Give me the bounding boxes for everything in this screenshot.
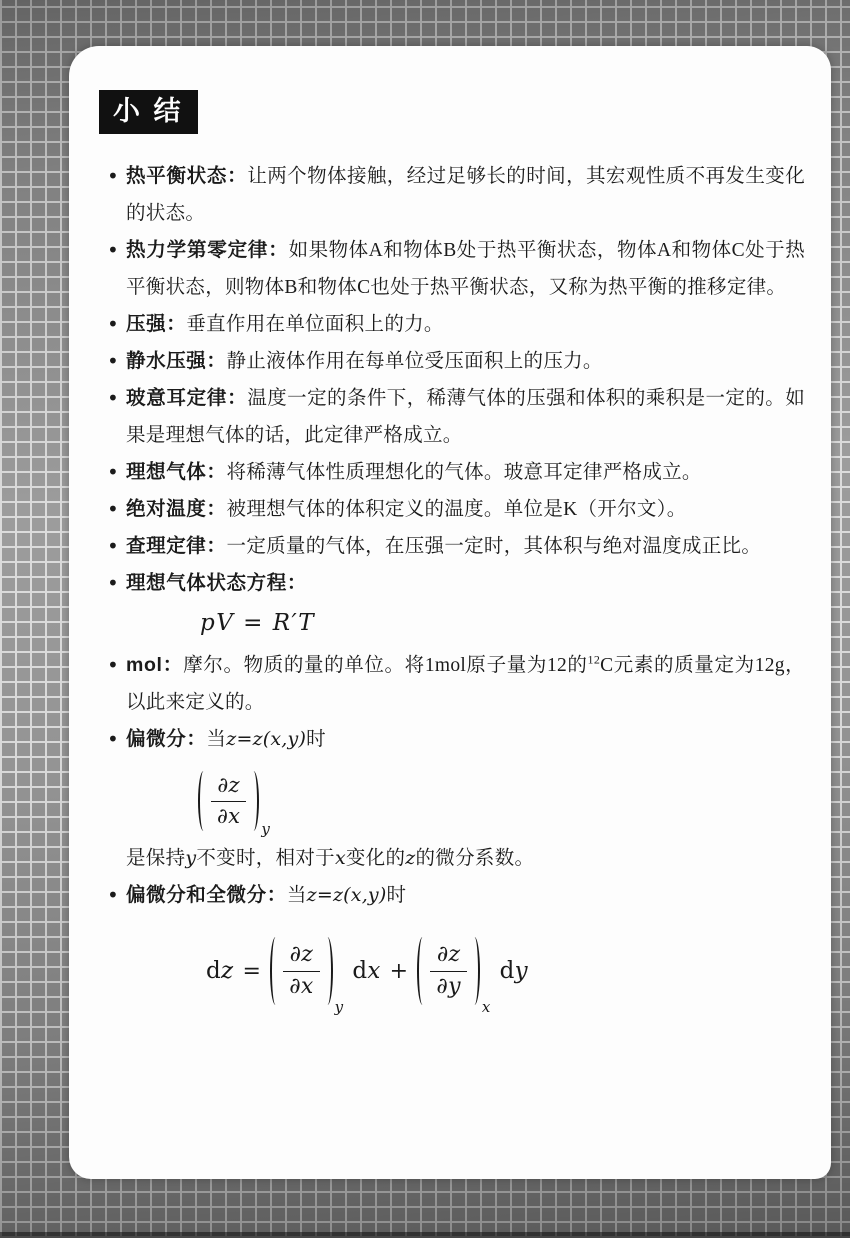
bullet-icon: • [107,491,119,528]
note-var-z: z [405,847,415,869]
term-definition: 一定质量的气体，在压强一定时，其体积与绝对温度成正比。 [227,536,762,557]
term-colon: ： [287,572,307,594]
total-differential-formula: dz = ∂z ∂x y dx + ∂z ∂y [206,926,805,1016]
equals-sign: = [242,953,261,990]
term-colon: ： [227,387,247,409]
term-colon: ： [186,728,206,750]
summary-item-charles-law: • 查理定律：一定质量的气体，在压强一定时，其体积与绝对温度成正比。 [109,528,805,565]
held-constant-subscript: x [482,989,491,1026]
bullet-icon: • [107,232,119,269]
term-label: 查理定律 [126,535,206,557]
term-definition: 垂直作用在单位面积上的力。 [186,314,443,335]
condition-prefix: 当 [206,729,226,750]
summary-item-absolute-temperature: • 绝对温度：被理想气体的体积定义的温度。单位是K（开尔文）。 [109,491,805,528]
right-paren-icon [322,937,333,1005]
bullet-icon: • [107,721,119,758]
note-text: 是保持 [126,848,185,869]
d-operator: d [352,958,367,984]
variable-x: x [367,958,380,984]
bullet-icon: • [107,380,119,417]
condition-suffix: 时 [386,885,406,906]
summary-item-hydrostatic-pressure: • 静水压强：静止液体作用在每单位受压面积上的压力。 [109,343,805,380]
fraction-numerator: ∂z [431,941,467,971]
variable-z: z [221,958,233,984]
summary-item-thermal-equilibrium: • 热平衡状态：让两个物体接触，经过足够长的时间，其宏观性质不再发生变化的状态。 [109,158,805,232]
d-operator: d [206,958,221,984]
right-paren-icon [248,771,259,831]
note-text: 的微分系数。 [416,848,535,869]
summary-item-zeroth-law: • 热力学第零定律：如果物体A和物体B处于热平衡状态，物体A和物体C处于热平衡状… [109,232,805,306]
term-colon: ： [268,239,288,261]
term-colon: ： [206,461,226,483]
fraction-denominator: ∂x [283,971,319,1002]
bullet-icon: • [107,877,119,914]
bullet-icon: • [107,528,119,565]
fraction: ∂z ∂x [211,772,246,830]
state-equation-formula: pV = R′T [200,605,805,642]
d-operator: d [500,958,515,984]
term-label: 理想气体状态方程 [126,572,287,594]
summary-item-pressure: • 压强：垂直作用在单位面积上的力。 [109,306,805,343]
term-label: mol [126,654,162,676]
book-page: 小 结 • 热平衡状态：让两个物体接触，经过足够长的时间，其宏观性质不再发生变化… [69,46,831,1179]
held-constant-subscript: y [261,811,270,848]
term-colon: ： [166,313,186,335]
summary-item-partial-derivative: • 偏微分：当z=z(x,y)时 ∂z ∂x y 是保持y不变时，相对于x变化的… [109,721,805,877]
bullet-icon: • [107,158,119,195]
condition-suffix: 时 [306,729,326,750]
right-paren-icon [469,937,480,1005]
term-definition: 将稀薄气体性质理想化的气体。玻意耳定律严格成立。 [227,462,702,483]
term-colon: ： [206,535,226,557]
term-label: 玻意耳定律 [126,387,227,409]
partial-derivative-note: 是保持y不变时，相对于x变化的z的微分系数。 [126,840,805,877]
term-label: 热力学第零定律 [126,239,268,261]
term-label: 偏微分和全微分 [126,884,267,906]
summary-item-ideal-gas: • 理想气体：将稀薄气体性质理想化的气体。玻意耳定律严格成立。 [109,454,805,491]
summary-item-mol: • mol：摩尔。物质的量的单位。将1mol原子量为12的12C元素的质量定为1… [109,647,805,721]
summary-item-boyle-law: • 玻意耳定律：温度一定的条件下，稀薄气体的压强和体积的乘积是一定的。如果是理想… [109,380,805,454]
summary-list: • 热平衡状态：让两个物体接触，经过足够长的时间，其宏观性质不再发生变化的状态。… [109,158,805,1016]
term-label: 压强 [126,313,166,335]
summary-item-ideal-gas-state-equation: • 理想气体状态方程： pV = R′T [109,565,805,642]
section-header: 小 结 [99,90,198,134]
note-var-x: x [335,847,346,869]
term-definition-part-a: 摩尔。物质的量的单位。将1mol原子量为12的 [183,655,587,676]
left-paren-icon [198,771,209,831]
term-label: 绝对温度 [126,498,206,520]
term-label: 偏微分 [126,728,186,750]
left-paren-icon [417,937,428,1005]
isotope-superscript: 12 [588,653,601,667]
fraction-denominator: ∂y [430,971,466,1002]
scan-edge-shadow [0,1232,850,1238]
fraction-numerator: ∂z [211,772,246,800]
held-constant-subscript: y [335,989,344,1026]
term-label: 热平衡状态 [126,165,227,187]
note-text: 变化的 [346,848,405,869]
summary-item-total-differential: • 偏微分和全微分：当z=z(x,y)时 dz = ∂z ∂x y dx + [109,877,805,1016]
state-equation-text: pV = R′T [200,605,315,642]
term-colon: ： [206,350,226,372]
term-colon: ： [206,498,226,520]
left-paren-icon [270,937,281,1005]
term-colon: ： [162,654,183,676]
bullet-icon: • [107,306,119,343]
note-text: 不变时，相对于 [196,848,335,869]
plus-sign: + [390,953,409,990]
formula-lhs: dz [206,953,233,990]
bullet-icon: • [107,647,119,684]
differential-dy: dy [500,953,528,990]
bullet-icon: • [107,454,119,491]
bullet-icon: • [107,343,119,380]
fraction-denominator: ∂x [211,801,246,830]
condition-prefix: 当 [287,885,307,906]
section-title: 小 结 [113,96,184,126]
mosaic-tile-background: 小 结 • 热平衡状态：让两个物体接触，经过足够长的时间，其宏观性质不再发生变化… [0,0,850,1238]
fraction: ∂z ∂y [430,941,466,1001]
term-colon: ： [227,165,247,187]
term-definition: 被理想气体的体积定义的温度。单位是K（开尔文）。 [227,499,687,520]
fraction: ∂z ∂x [283,941,319,1001]
term-label: 理想气体 [126,461,206,483]
bullet-icon: • [107,565,119,602]
term-definition: 静止液体作用在每单位受压面积上的压力。 [227,351,603,372]
differential-dx: dx [352,953,380,990]
partial-derivative-formula: ∂z ∂x y [198,764,805,838]
term-label: 静水压强 [126,350,206,372]
note-var-y: y [185,847,196,869]
variable-y: y [515,958,528,984]
fraction-numerator: ∂z [284,941,320,971]
condition-math: z=z(x,y) [226,728,306,750]
term-colon: ： [267,884,287,906]
condition-math: z=z(x,y) [307,884,387,906]
